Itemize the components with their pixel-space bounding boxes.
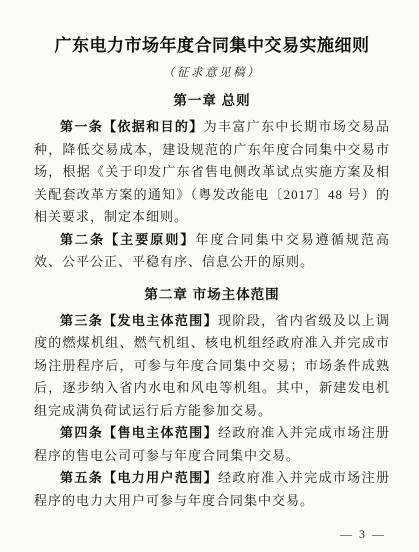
chapter-2-section: 第二章 市场主体范围 第三条【发电主体范围】现阶段，省内省级及以上调度的燃煤机组… xyxy=(34,286,390,513)
article-1-paragraph: 第一条【依据和目的】为丰富广东中长期市场交易品种，降低交易成本，建设规范的广东年… xyxy=(34,116,390,229)
article-2-paragraph: 第二条【主要原则】年度合同集中交易遵循规范高效、公平公正、平稳有序、信息公开的原… xyxy=(34,229,390,274)
document-title: 广东电力市场年度合同集中交易实施细则 xyxy=(34,36,390,56)
chapter-1-heading: 第一章 总则 xyxy=(34,92,390,109)
article-4-label: 第四条【售电主体范围】 xyxy=(60,425,218,440)
chapter-2-body: 第三条【发电主体范围】现阶段，省内省级及以上调度的燃煤机组、燃气机组、核电机组经… xyxy=(34,310,390,513)
chapter-2-heading: 第二章 市场主体范围 xyxy=(34,286,390,303)
article-3-text: 现阶段，省内省级及以上调度的燃煤机组、燃气机组、核电机组经政府准入并完成市场注册… xyxy=(34,313,390,418)
article-3-label: 第三条【发电主体范围】 xyxy=(60,313,218,328)
article-4-paragraph: 第四条【售电主体范围】经政府准入并完成市场注册程序的售电公司可参与年度合同集中交… xyxy=(34,422,390,467)
article-1-label: 第一条【依据和目的】 xyxy=(60,119,204,134)
article-2-label: 第二条【主要原则】 xyxy=(60,232,195,247)
article-5-label: 第五条【电力用户范围】 xyxy=(60,470,218,485)
page-number: — 3 — xyxy=(340,527,386,542)
article-3-paragraph: 第三条【发电主体范围】现阶段，省内省级及以上调度的燃煤机组、燃气机组、核电机组经… xyxy=(34,310,390,423)
article-1-text: 为丰富广东中长期市场交易品种，降低交易成本，建设规范的广东年度合同集中交易市场，… xyxy=(34,119,390,224)
document-page: 广东电力市场年度合同集中交易实施细则 （征求意见稿） 第一章 总则 第一条【依据… xyxy=(0,0,419,552)
article-5-paragraph: 第五条【电力用户范围】经政府准入并完成市场注册程序的电力大用户可参与年度合同集中… xyxy=(34,467,390,512)
document-subtitle: （征求意见稿） xyxy=(34,66,390,80)
chapter-1-body: 第一条【依据和目的】为丰富广东中长期市场交易品种，降低交易成本，建设规范的广东年… xyxy=(34,116,390,274)
